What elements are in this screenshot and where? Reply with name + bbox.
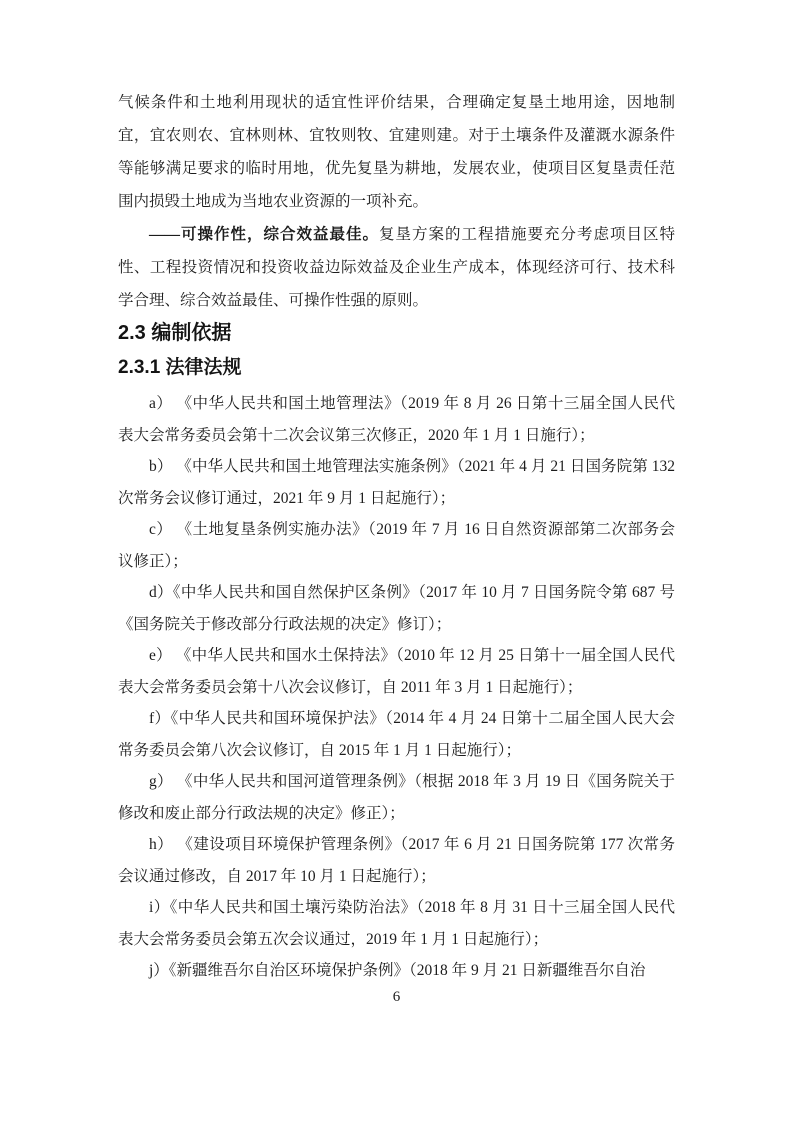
paragraph-principle: ——可操作性，综合效益最佳。复垦方案的工程措施要充分考虑项目区特性、工程投资情况… <box>118 218 675 317</box>
law-item-i: i）《中华人民共和国土壤污染防治法》（2018 年 8 月 31 日十三届全国人… <box>118 892 675 955</box>
law-item-a: a） 《中华人民共和国土地管理法》（2019 年 8 月 26 日第十三届全国人… <box>118 388 675 451</box>
section-heading-2-3: 2.3 编制依据 <box>118 319 675 347</box>
law-item-c: c） 《土地复垦条例实施办法》（2019 年 7 月 16 日自然资源部第二次部… <box>118 514 675 577</box>
law-item-e: e） 《中华人民共和国水土保持法》（2010 年 12 月 25 日第十一届全国… <box>118 640 675 703</box>
subsection-heading-2-3-1: 2.3.1 法律法规 <box>118 354 675 381</box>
law-item-f: f）《中华人民共和国环境保护法》（2014 年 4 月 24 日第十二届全国人民… <box>118 703 675 766</box>
document-page: 气候条件和土地利用现状的适宜性评价结果，合理确定复垦土地用途，因地制宜，宜农则农… <box>0 0 793 1122</box>
law-item-g: g） 《中华人民共和国河道管理条例》（根据 2018 年 3 月 19 日《国务… <box>118 766 675 829</box>
paragraph-continuation: 气候条件和土地利用现状的适宜性评价结果，合理确定复垦土地用途，因地制宜，宜农则农… <box>118 86 675 218</box>
principle-lead-bold: ——可操作性，综合效益最佳。 <box>149 226 379 243</box>
law-item-d: d）《中华人民共和国自然保护区条例》（2017 年 10 月 7 日国务院令第 … <box>118 577 675 640</box>
page-number: 6 <box>0 988 793 1006</box>
law-item-j: j）《新疆维吾尔自治区环境保护条例》（2018 年 9 月 21 日新疆维吾尔自… <box>118 955 675 987</box>
law-item-h: h） 《建设项目环境保护管理条例》（2017 年 6 月 21 日国务院第 17… <box>118 829 675 892</box>
page-content: 气候条件和土地利用现状的适宜性评价结果，合理确定复垦土地用途，因地制宜，宜农则农… <box>118 86 675 987</box>
law-item-b: b） 《中华人民共和国土地管理法实施条例》（2021 年 4 月 21 日国务院… <box>118 451 675 514</box>
